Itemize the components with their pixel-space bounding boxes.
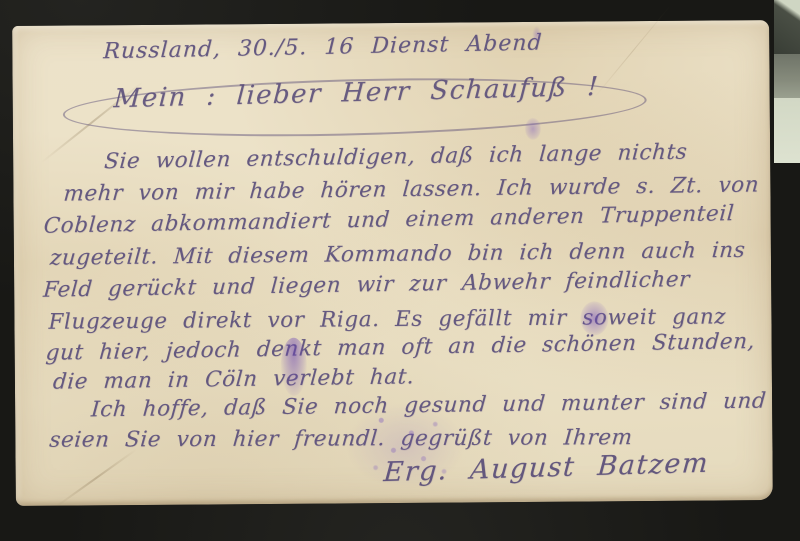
handwriting-line: Coblenz abkommandiert und einem anderen … — [43, 201, 735, 239]
adjacent-photo-fragment — [774, 0, 800, 163]
handwriting-line: mehr von mir habe hören lassen. Ich wurd… — [63, 172, 761, 206]
ink-smudge — [532, 26, 541, 44]
dateline-text: Russland, 30./5. 16 Dienst Abend — [103, 30, 543, 64]
paper-crease — [55, 448, 137, 507]
ink-smudge — [281, 338, 307, 396]
handwriting-line: Sie wollen entschuldigen, daß ich lange … — [103, 140, 688, 175]
ink-smudge — [580, 301, 608, 335]
ink-smudge — [525, 118, 541, 140]
ink-spatter — [345, 402, 466, 489]
handwriting-line: zugeteilt. Mit diesem Kommando bin ich d… — [49, 238, 746, 271]
handwriting-line: gut hier, jedoch denkt man oft an die sc… — [45, 329, 756, 366]
adjacent-photo-light-area — [774, 98, 800, 163]
handwriting-line: seien Sie von hier freundl. gegrüßt von … — [48, 425, 633, 453]
adjacent-photo-dark-area — [774, 0, 800, 54]
postcard: Russland, 30./5. 16 Dienst Abend Mein : … — [12, 20, 773, 506]
adjacent-photo-mid-area — [774, 54, 800, 98]
handwriting-line: Feld gerückt und liegen wir zur Abwehr f… — [42, 267, 691, 303]
handwriting-line: die man in Cöln verlebt hat. — [52, 364, 415, 394]
